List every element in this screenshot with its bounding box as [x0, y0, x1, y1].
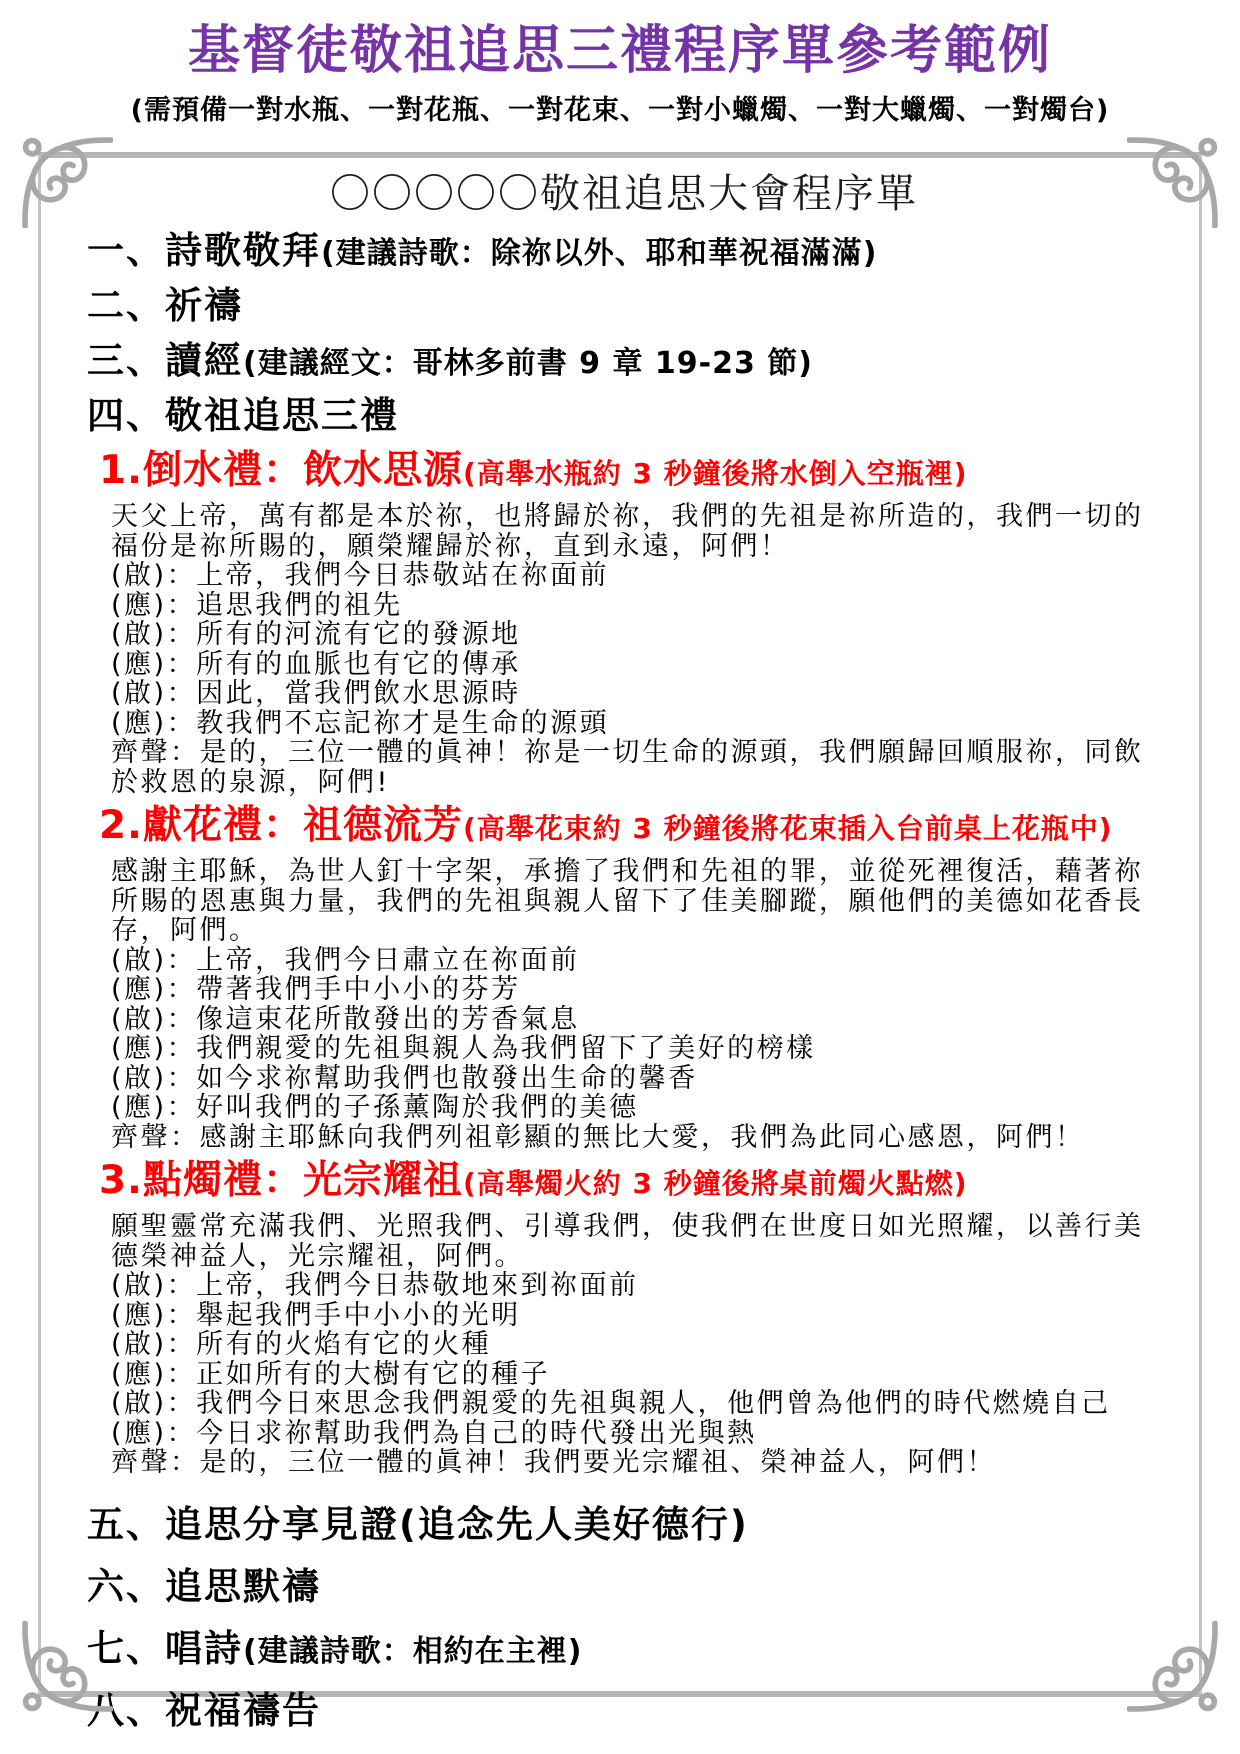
rite-line: (應)：教我們不忘記祢才是生命的源頭: [111, 709, 1159, 739]
closing-items: 五、追思分享見證(追念先人美好德行) 六、追思默禱 七、唱詩(建議詩歌：相約在主…: [87, 1502, 1161, 1737]
rite-line: (啟)：因此，當我們飲水思源時: [111, 679, 1159, 709]
rite-heading-note: (高舉燭火約 3 秒鐘後將桌前燭火點燃): [463, 1167, 968, 1200]
rite-line: (啟)：像這束花所散發出的芳香氣息: [111, 1005, 1159, 1035]
agenda-item: 八、祝福禱告: [87, 1688, 1161, 1737]
rite-line: (應)：今日求祢幫助我們為自己的時代發出光與熱: [111, 1419, 1159, 1449]
rite-line: (應)：追思我們的祖先: [111, 591, 1159, 621]
agenda-item: 五、追思分享見證(追念先人美好德行): [87, 1502, 1161, 1551]
rite-heading-text: 2.獻花禮：祖德流芳: [99, 803, 463, 848]
rite-line: (啟)：上帝，我們今日恭敬站在祢面前: [111, 561, 1159, 591]
rite-section-water: 1.倒水禮：飲水思源(高舉水瓶約 3 秒鐘後將水倒入空瓶裡) 天父上帝，萬有都是…: [87, 448, 1161, 797]
rite-line: (啟)：如今求祢幫助我們也散發出生命的馨香: [111, 1064, 1159, 1094]
rite-line: 天父上帝，萬有都是本於祢，也將歸於祢，我們的先祖是祢所造的，我們一切的福份是祢所…: [111, 502, 1159, 561]
document-title: 基督徒敬祖追思三禮程序單參考範例: [0, 0, 1240, 82]
rite-heading-note: (高舉花束約 3 秒鐘後將花束插入台前桌上花瓶中): [463, 812, 1113, 845]
agenda-item-note: (建議詩歌：相約在主裡): [243, 1634, 582, 1669]
agenda-item-label: 七、唱詩: [87, 1627, 243, 1670]
rite-line: 齊聲：是的，三位一體的眞神！我們要光宗耀祖、榮神益人，阿們！: [111, 1448, 1159, 1478]
agenda-item-label: 八、祝福禱告: [87, 1689, 321, 1732]
agenda-item: 一、詩歌敬拜(建議詩歌：除祢以外、耶和華祝福滿滿): [87, 228, 1161, 277]
agenda-item-label: 一、詩歌敬拜: [87, 229, 321, 272]
rite-heading-text: 3.點燭禮：光宗耀祖: [99, 1158, 463, 1203]
rite-line: (啟)：所有的火焰有它的火種: [111, 1330, 1159, 1360]
rite-body: 天父上帝，萬有都是本於祢，也將歸於祢，我們的先祖是祢所造的，我們一切的福份是祢所…: [87, 502, 1161, 797]
rite-line: (啟)：上帝，我們今日恭敬地來到祢面前: [111, 1271, 1159, 1301]
rite-line: 齊聲：是的，三位一體的眞神！祢是一切生命的源頭，我們願歸回順服祢，同飲於救恩的泉…: [111, 738, 1159, 797]
page: 基督徒敬祖追思三禮程序單參考範例 (需預備一對水瓶、一對花瓶、一對花束、一對小蠟…: [0, 0, 1240, 1754]
rite-line: (應)：好叫我們的子孫薰陶於我們的美德: [111, 1093, 1159, 1123]
agenda-item: 六、追思默禱: [87, 1564, 1161, 1613]
decorative-frame: 〇〇〇〇〇敬祖追思大會程序單 一、詩歌敬拜(建議詩歌：除祢以外、耶和華祝福滿滿)…: [38, 152, 1202, 1697]
agenda-item: 七、唱詩(建議詩歌：相約在主裡): [87, 1626, 1161, 1675]
agenda-item: 二、祈禱: [87, 283, 1161, 332]
agenda-item: 四、敬祖追思三禮: [87, 393, 1161, 442]
rite-heading: 2.獻花禮：祖德流芳(高舉花束約 3 秒鐘後將花束插入台前桌上花瓶中): [87, 803, 1161, 851]
agenda-item-label: 四、敬祖追思三禮: [87, 394, 399, 437]
rite-body: 感謝主耶穌，為世人釘十字架，承擔了我們和先祖的罪，並從死裡復活，藉著祢所賜的恩惠…: [87, 857, 1161, 1152]
program-content: 〇〇〇〇〇敬祖追思大會程序單 一、詩歌敬拜(建議詩歌：除祢以外、耶和華祝福滿滿)…: [41, 158, 1199, 1737]
rite-section-candle: 3.點燭禮：光宗耀祖(高舉燭火約 3 秒鐘後將桌前燭火點燃) 願聖靈常充滿我們、…: [87, 1158, 1161, 1478]
rite-line: (應)：帶著我們手中小小的芬芳: [111, 975, 1159, 1005]
agenda-item-label: 六、追思默禱: [87, 1565, 321, 1608]
rite-line: (應)：舉起我們手中小小的光明: [111, 1301, 1159, 1331]
rite-heading: 1.倒水禮：飲水思源(高舉水瓶約 3 秒鐘後將水倒入空瓶裡): [87, 448, 1161, 496]
rite-line: (應)：我們親愛的先祖與親人為我們留下了美好的榜樣: [111, 1034, 1159, 1064]
rite-line: (啟)：所有的河流有它的發源地: [111, 620, 1159, 650]
agenda-item-label: 二、祈禱: [87, 284, 243, 327]
rite-body: 願聖靈常充滿我們、光照我們、引導我們，使我們在世度日如光照耀，以善行美德榮神益人…: [87, 1212, 1161, 1478]
rite-line: 齊聲：感謝主耶穌向我們列祖彰顯的無比大愛，我們為此同心感恩，阿們！: [111, 1123, 1159, 1153]
rite-heading-text: 1.倒水禮：飲水思源: [99, 448, 463, 493]
program-title: 〇〇〇〇〇敬祖追思大會程序單: [87, 170, 1161, 218]
agenda-item-label: 五、追思分享見證(追念先人美好德行): [87, 1503, 749, 1546]
rite-heading-note: (高舉水瓶約 3 秒鐘後將水倒入空瓶裡): [463, 457, 968, 490]
rite-line: (應)：所有的血脈也有它的傳承: [111, 650, 1159, 680]
rite-line: 願聖靈常充滿我們、光照我們、引導我們，使我們在世度日如光照耀，以善行美德榮神益人…: [111, 1212, 1159, 1271]
rite-heading: 3.點燭禮：光宗耀祖(高舉燭火約 3 秒鐘後將桌前燭火點燃): [87, 1158, 1161, 1206]
rite-line: (啟)：我們今日來思念我們親愛的先祖與親人，他們曾為他們的時代燃燒自己: [111, 1389, 1159, 1419]
rite-line: 感謝主耶穌，為世人釘十字架，承擔了我們和先祖的罪，並從死裡復活，藉著祢所賜的恩惠…: [111, 857, 1159, 946]
agenda-item-note: (建議詩歌：除祢以外、耶和華祝福滿滿): [321, 236, 877, 271]
document-subtitle: (需預備一對水瓶、一對花瓶、一對花束、一對小蠟燭、一對大蠟燭、一對燭台): [0, 88, 1240, 127]
agenda-item-label: 三、讀經: [87, 339, 243, 382]
rite-line: (應)：正如所有的大樹有它的種子: [111, 1360, 1159, 1390]
rite-line: (啟)：上帝，我們今日肅立在祢面前: [111, 946, 1159, 976]
agenda-item-note: (建議經文：哥林多前書 9 章 19-23 節): [243, 346, 813, 381]
rite-section-flower: 2.獻花禮：祖德流芳(高舉花束約 3 秒鐘後將花束插入台前桌上花瓶中) 感謝主耶…: [87, 803, 1161, 1152]
agenda-item: 三、讀經(建議經文：哥林多前書 9 章 19-23 節): [87, 338, 1161, 387]
